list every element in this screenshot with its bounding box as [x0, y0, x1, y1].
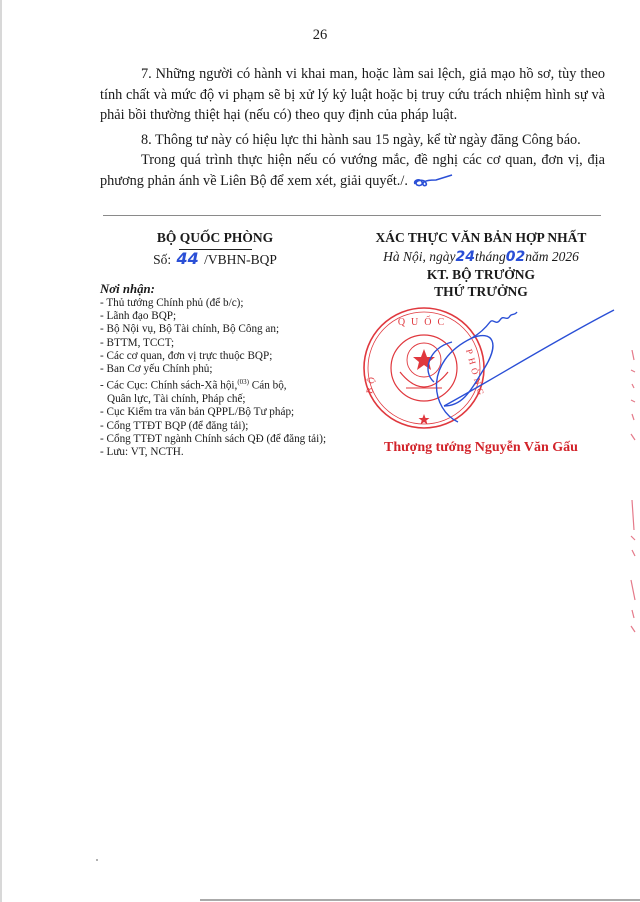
red-seal-icon: QUỐC BỘ PHÒNG	[364, 308, 487, 428]
org-underline	[179, 249, 252, 250]
recipient-item: - Cổng TTĐT ngành Chính sách QĐ (để đăng…	[100, 433, 340, 446]
recipient-item-continued: Quân lực, Tài chính, Pháp chế;	[100, 393, 340, 406]
page-left-edge	[0, 0, 2, 902]
signature-icon	[428, 310, 614, 422]
recipient-cuc-text: - Các Cục: Chính sách-Xã hội,	[100, 380, 237, 392]
recipient-item: - Thủ tướng Chính phủ (để b/c);	[100, 297, 340, 310]
section-separator	[103, 215, 601, 216]
number-suffix: /VBHN-BQP	[204, 252, 277, 267]
scan-speck	[96, 859, 98, 861]
recipient-item: - Lãnh đạo BQP;	[100, 310, 340, 323]
page-bottom-edge	[200, 899, 640, 901]
document-body: 7. Những người có hành vi khai man, hoặc…	[100, 64, 605, 191]
issuer-block: BỘ QUỐC PHÒNG Số: 44 /VBHN-BQP Nơi nhận:…	[100, 230, 340, 459]
official-seal-and-signature: QUỐC BỘ PHÒNG	[362, 302, 622, 432]
year-label: năm 2026	[525, 249, 579, 264]
recipient-cuc-text-2: Cán bộ,	[249, 380, 287, 392]
recipient-item: - Lưu: VT, NCTH.	[100, 446, 340, 459]
signer-name: Thượng tướng Nguyễn Văn Gấu	[352, 440, 610, 456]
paragraph-8: 8. Thông tư này có hiệu lực thi hành sau…	[100, 130, 605, 151]
handwritten-day: 24	[456, 249, 475, 265]
place-label: Hà Nội, ngày	[383, 249, 455, 264]
recipient-item: - Cục Kiểm tra văn bản QPPL/Bộ Tư pháp;	[100, 406, 340, 419]
recipient-item: - Ban Cơ yếu Chính phủ;	[100, 363, 340, 376]
recipient-item: - Bộ Nội vụ, Bộ Tài chính, Bộ Công an;	[100, 323, 340, 336]
recipient-item: - Các Cục: Chính sách-Xã hội,(03) Cán bộ…	[100, 376, 340, 393]
recipient-item: - Các cơ quan, đơn vị trực thuộc BQP;	[100, 350, 340, 363]
signatory-title-1: KT. BỘ TRƯỞNG	[352, 267, 610, 282]
closing-paragraph-text: Trong quá trình thực hiện nếu có vướng m…	[100, 152, 605, 189]
footnote-ref: (03)	[237, 378, 249, 386]
edge-stamp-fragment-icon	[628, 350, 638, 680]
authentication-title: XÁC THỰC VĂN BẢN HỢP NHẤT	[352, 230, 610, 246]
month-label: tháng	[475, 249, 506, 264]
page-number: 26	[0, 27, 640, 44]
recipient-item: - BTTM, TCCT;	[100, 337, 340, 350]
initials-mark-icon	[412, 174, 454, 188]
number-prefix: Số:	[153, 252, 171, 267]
org-name: BỘ QUỐC PHÒNG	[100, 230, 330, 246]
closing-paragraph: Trong quá trình thực hiện nếu có vướng m…	[100, 150, 605, 191]
svg-text:QUỐC: QUỐC	[398, 315, 450, 328]
recipients-label: Nơi nhận:	[100, 282, 340, 297]
authentication-block: XÁC THỰC VĂN BẢN HỢP NHẤT Hà Nội, ngày24…	[352, 230, 610, 299]
place-date: Hà Nội, ngày24tháng02năm 2026	[352, 249, 610, 265]
svg-text:BỘ: BỘ	[364, 372, 377, 394]
recipient-item: - Cổng TTĐT BQP (để đăng tải);	[100, 420, 340, 433]
document-number: Số: 44 /VBHN-BQP	[100, 249, 330, 268]
recipients-list: - Thủ tướng Chính phủ (để b/c); - Lãnh đ…	[100, 297, 340, 459]
signatory-title-2: THỨ TRƯỞNG	[352, 284, 610, 299]
handwritten-month: 02	[506, 249, 525, 265]
paragraph-7: 7. Những người có hành vi khai man, hoặc…	[100, 64, 605, 126]
handwritten-number: 44	[176, 249, 198, 268]
